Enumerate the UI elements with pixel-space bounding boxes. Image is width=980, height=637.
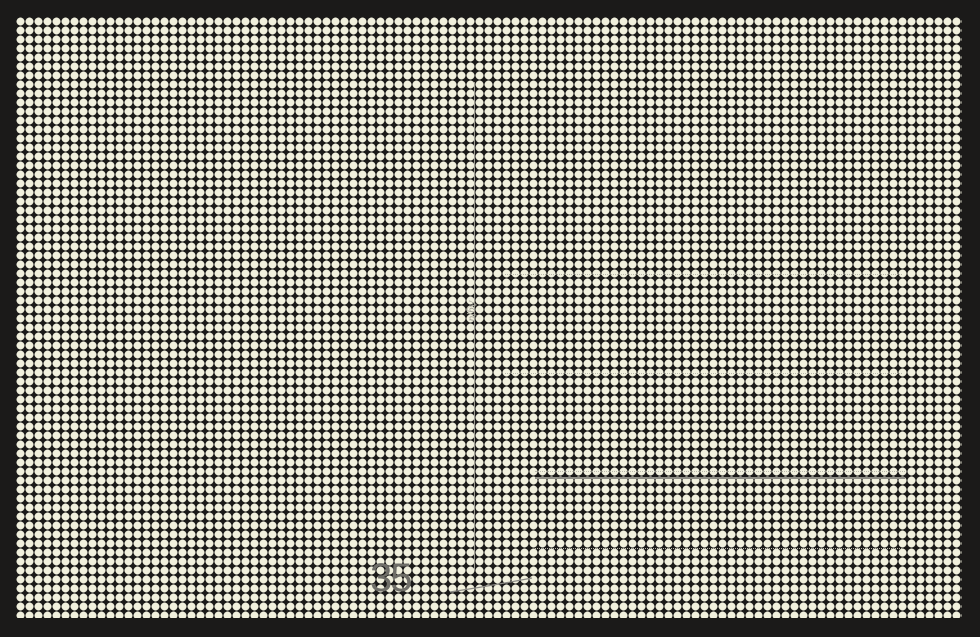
center-divider-line <box>474 82 475 570</box>
address-line-3 <box>535 471 905 472</box>
address-line-4 <box>535 548 902 549</box>
pencil-stroke <box>440 560 540 600</box>
agfa-imprint: Agfa <box>466 301 478 322</box>
address-line-2 <box>505 373 902 374</box>
postcard-back <box>20 21 958 614</box>
address-line-solid <box>535 477 905 479</box>
handwritten-number: 35 <box>370 556 411 601</box>
address-line-1 <box>505 274 902 275</box>
